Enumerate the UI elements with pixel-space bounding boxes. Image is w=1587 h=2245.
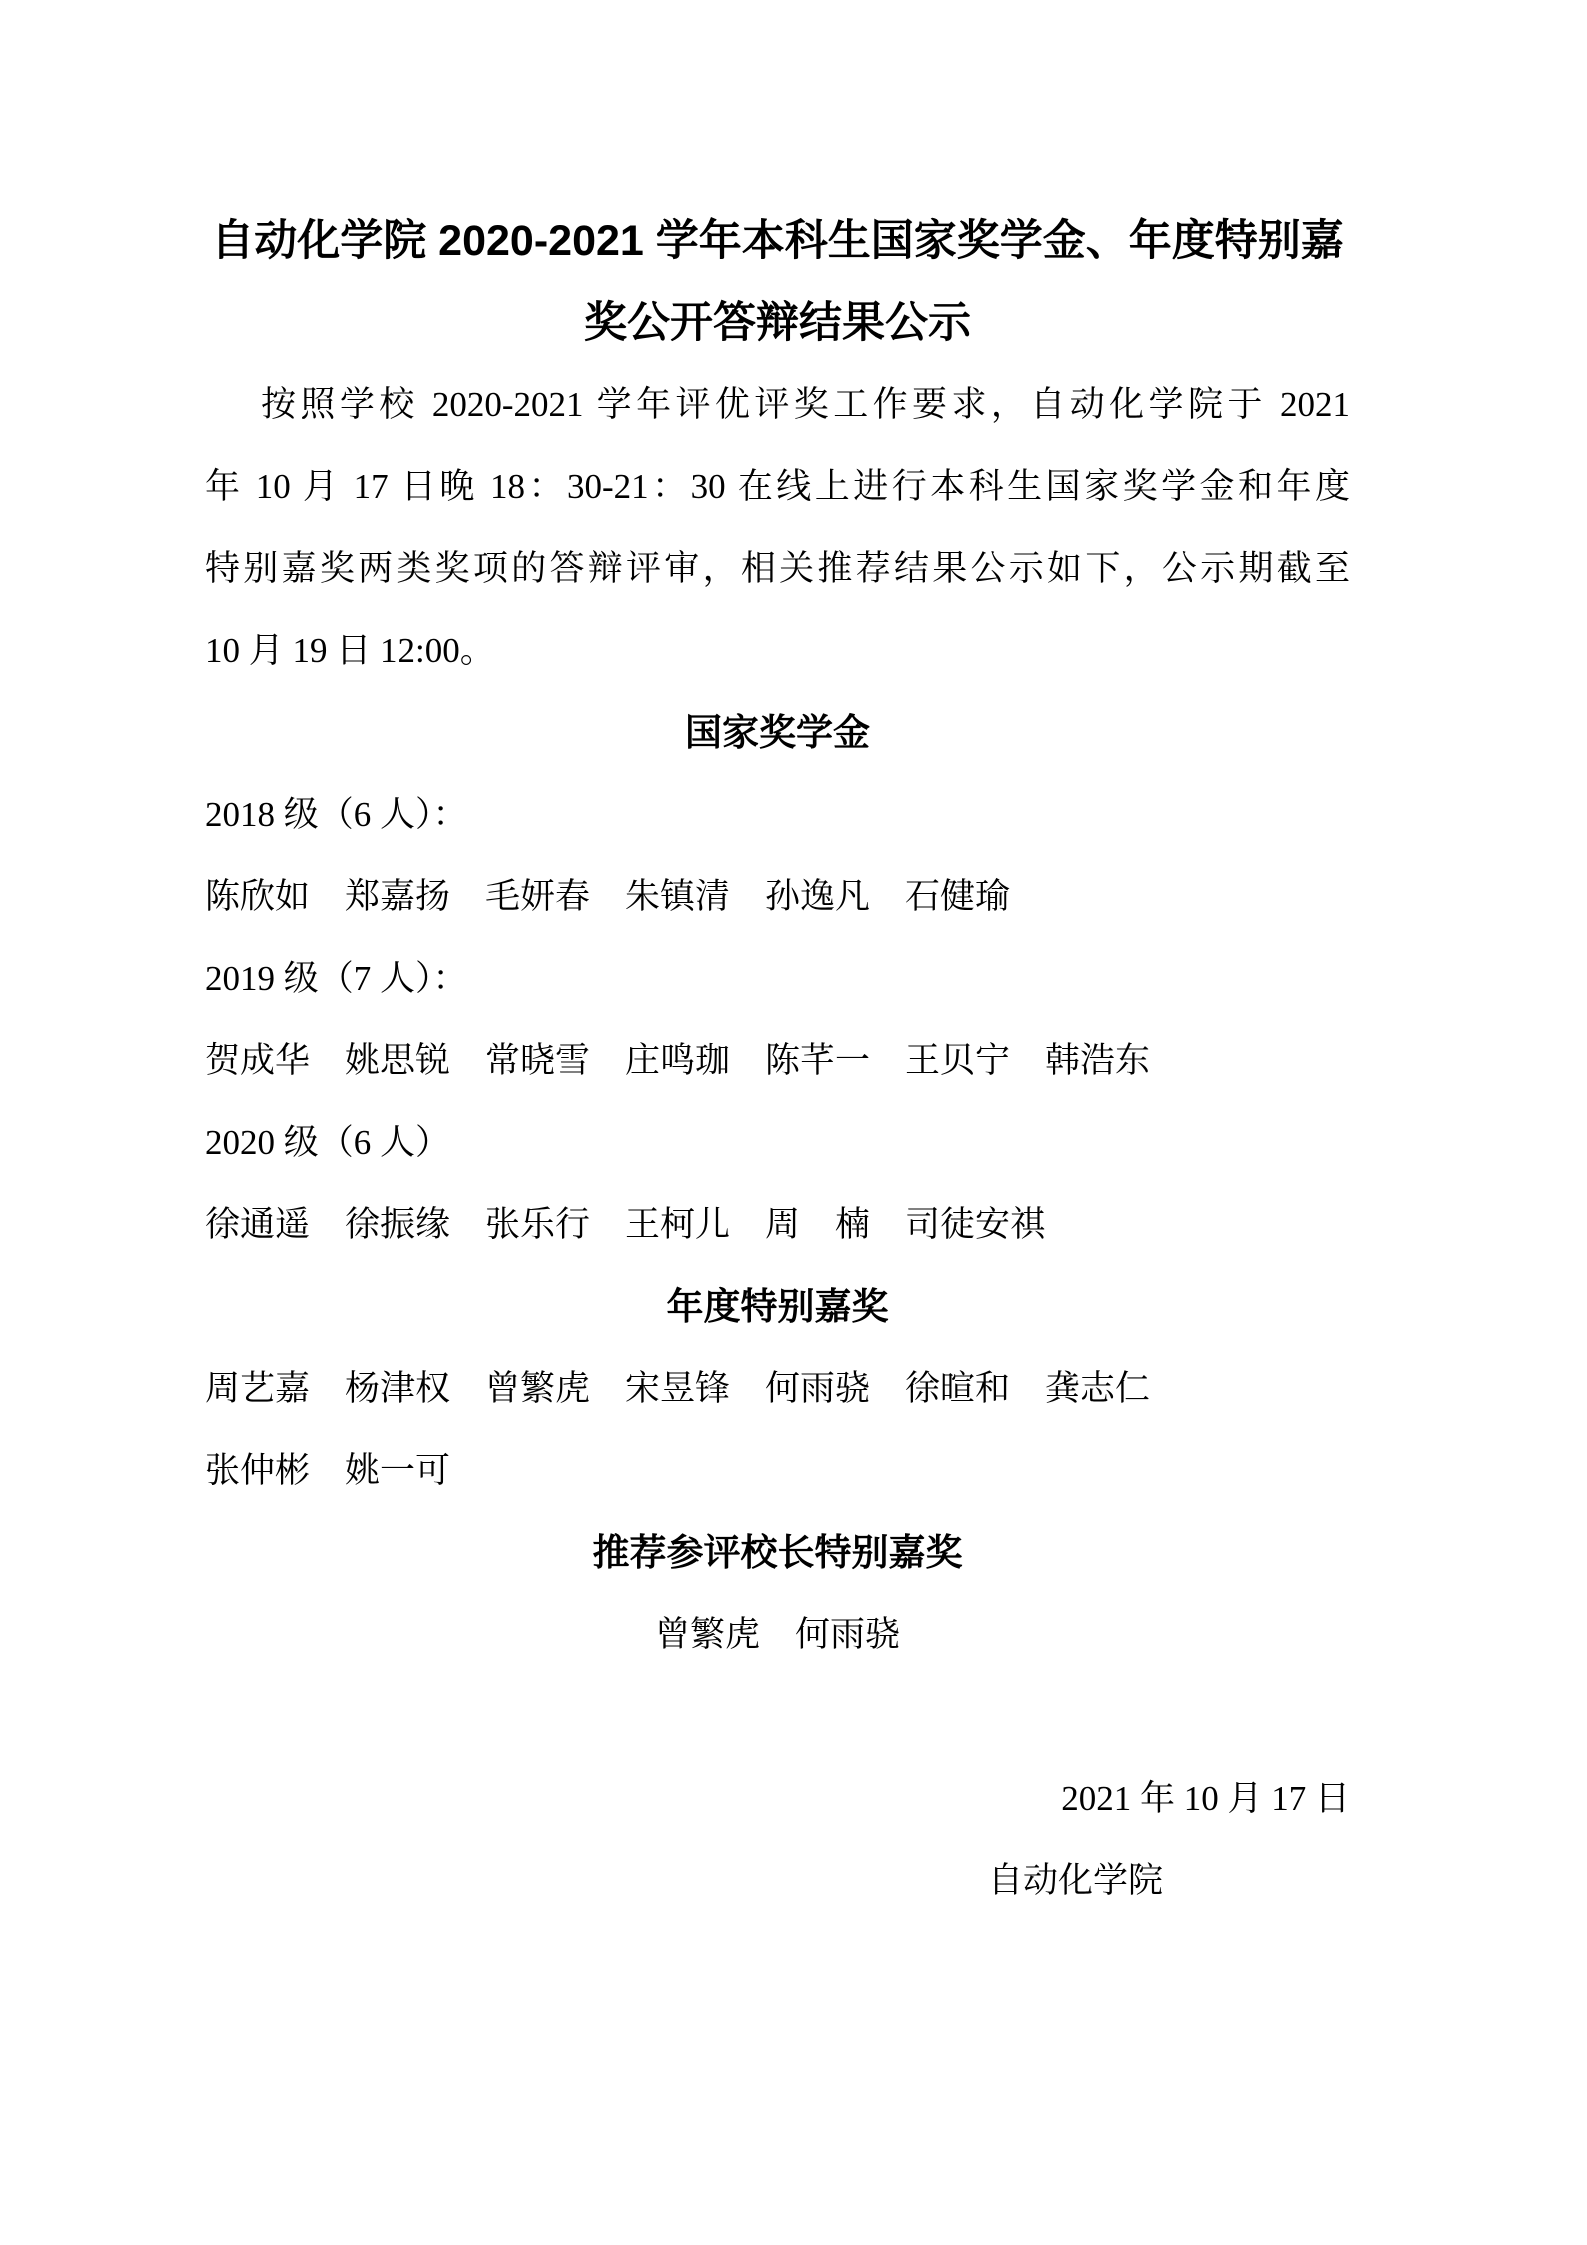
group-label-2018: 2018 级（6 人）：	[205, 774, 1350, 856]
intro-line-1: 按照学校 2020-2021 学年评优评奖工作要求，自动化学院于 2021	[205, 364, 1350, 446]
title-line-2: 奖公开答辩结果公示	[205, 282, 1350, 364]
document-date: 2021 年 10 月 17 日	[205, 1758, 1350, 1840]
signature: 自动化学院	[205, 1840, 1350, 1922]
group-label-2019: 2019 级（7 人）：	[205, 938, 1350, 1020]
spacer-line	[205, 1676, 1350, 1758]
section-heading-national-scholarship: 国家奖学金	[205, 692, 1350, 774]
group-label-2020: 2020 级（6 人）	[205, 1102, 1350, 1184]
name-list-2019: 贺成华 姚思锐 常晓雪 庄鸣珈 陈芊一 王贝宁 韩浩东	[205, 1020, 1350, 1102]
intro-line-2: 年 10 月 17 日晚 18：30-21：30 在线上进行本科生国家奖学金和年…	[205, 446, 1350, 528]
section-heading-special-award: 年度特别嘉奖	[205, 1266, 1350, 1348]
special-award-name-row-2: 张仲彬 姚一可	[205, 1430, 1350, 1512]
name-list-2018: 陈欣如 郑嘉扬 毛妍春 朱镇清 孙逸凡 石健瑜	[205, 856, 1350, 938]
section-heading-president-award: 推荐参评校长特别嘉奖	[205, 1512, 1350, 1594]
president-award-name-list: 曾繁虎 何雨骁	[205, 1594, 1350, 1676]
document-content: 自动化学院 2020-2021 学年本科生国家奖学金、年度特别嘉 奖公开答辩结果…	[205, 0, 1350, 1922]
title-line-1: 自动化学院 2020-2021 学年本科生国家奖学金、年度特别嘉	[205, 200, 1350, 282]
intro-line-4: 10 月 19 日 12:00。	[205, 610, 1350, 692]
document-title: 自动化学院 2020-2021 学年本科生国家奖学金、年度特别嘉 奖公开答辩结果…	[205, 200, 1350, 364]
intro-line-3: 特别嘉奖两类奖项的答辩评审，相关推荐结果公示如下，公示期截至	[205, 528, 1350, 610]
document-page: 自动化学院 2020-2021 学年本科生国家奖学金、年度特别嘉 奖公开答辩结果…	[0, 0, 1587, 2245]
name-list-2020: 徐通遥 徐振缘 张乐行 王柯儿 周 楠 司徒安祺	[205, 1184, 1350, 1266]
special-award-name-row-1: 周艺嘉 杨津权 曾繁虎 宋昱锋 何雨骁 徐暄和 龚志仁	[205, 1348, 1350, 1430]
